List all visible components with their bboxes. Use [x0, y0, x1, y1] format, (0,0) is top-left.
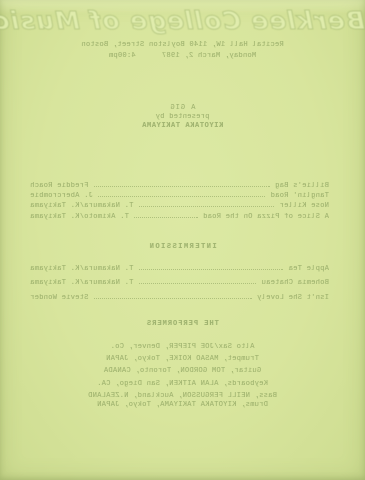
piece-composer: Freddie Roach	[30, 182, 89, 190]
performers-heading: THE PERFORMERS	[0, 320, 365, 328]
performer-line: Keyboards, ALAN AITKEN, San Diego, CA.	[0, 380, 365, 388]
mirrored-bleedthrough-layer: Berklee College of Music Recital Hall 1W…	[0, 0, 365, 480]
dotted-leader	[94, 186, 270, 187]
piece-title: Bohemia Chateau	[261, 279, 329, 287]
date-time-line: Monday, March 2, 1987 4:00pm	[0, 52, 365, 60]
dotted-leader	[94, 298, 252, 299]
dotted-leader	[139, 283, 257, 284]
dotted-leader	[139, 269, 284, 270]
dotted-leader	[139, 206, 275, 207]
presenter-name: KIYOTAKA TAKIYAMA	[0, 122, 365, 130]
piece-composer: T. Nakamura/K. Takiyama	[30, 265, 134, 273]
performer-line: Trumpet, MASAO KOIKE, Tokyo, JAPAN	[0, 355, 365, 363]
scanned-program-page: Berklee College of Music Recital Hall 1W…	[0, 0, 365, 480]
performer-line: Alto Sax/JOE PIEPER, Denver, Co.	[0, 343, 365, 351]
piece-title: Nose Killer	[279, 202, 329, 210]
dotted-leader	[134, 217, 198, 218]
intermission-label: INTERMISSION	[0, 243, 365, 251]
venue-address: Recital Hall 1W, 1140 Boylston Street, B…	[0, 41, 365, 49]
presented-by-label: presented by	[0, 113, 365, 121]
piece-title: Isn't She Lovely	[257, 294, 329, 302]
program-row: A Slice of Pizza On the Road T. Akimoto/…	[30, 213, 329, 222]
piece-composer: J. Abercrombie	[30, 192, 93, 200]
program-row: Apple Tea T. Nakamura/K. Takiyama	[30, 265, 329, 274]
piece-composer: T. Akimoto/K. Takiyama	[30, 213, 129, 221]
performer-line: Guitar, TOM GORDON, Toronto, CANADA	[0, 367, 365, 375]
piece-composer: Stevie Wonder	[30, 294, 89, 302]
program-row: Nose Killer T. Nakamura/K. Takiyama	[30, 202, 329, 211]
concert-date: Monday, March 2, 1987	[162, 52, 257, 60]
berklee-logo-text: Berklee College of Music	[0, 6, 365, 36]
piece-title: A Slice of Pizza On the Road	[203, 213, 329, 221]
dotted-leader	[98, 196, 265, 197]
piece-composer: T. Nakamura/K. Takiyama	[30, 202, 134, 210]
concert-time: 4:00pm	[109, 52, 136, 60]
piece-composer: T. Nakamura/K. Takiyama	[30, 279, 134, 287]
program-row: Bohemia Chateau T. Nakamura/K. Takiyama	[30, 279, 329, 288]
piece-title: Tanglin' Road	[270, 192, 329, 200]
program-row: Isn't She Lovely Stevie Wonder	[30, 294, 329, 303]
program-row: Tanglin' Road J. Abercrombie	[30, 192, 329, 201]
performer-line: Drums, KIYOTAKA TAKIYAMA, Tokyo, JAPAN	[0, 401, 365, 409]
piece-title: Apple Tea	[288, 265, 329, 273]
recital-title: A GIG	[0, 104, 365, 112]
performer-line: Bass, NEILL FERGUSSON, Auckland, N.ZEALA…	[0, 392, 365, 400]
piece-title: Billie's Bag	[275, 182, 329, 190]
program-row: Billie's Bag Freddie Roach	[30, 182, 329, 191]
